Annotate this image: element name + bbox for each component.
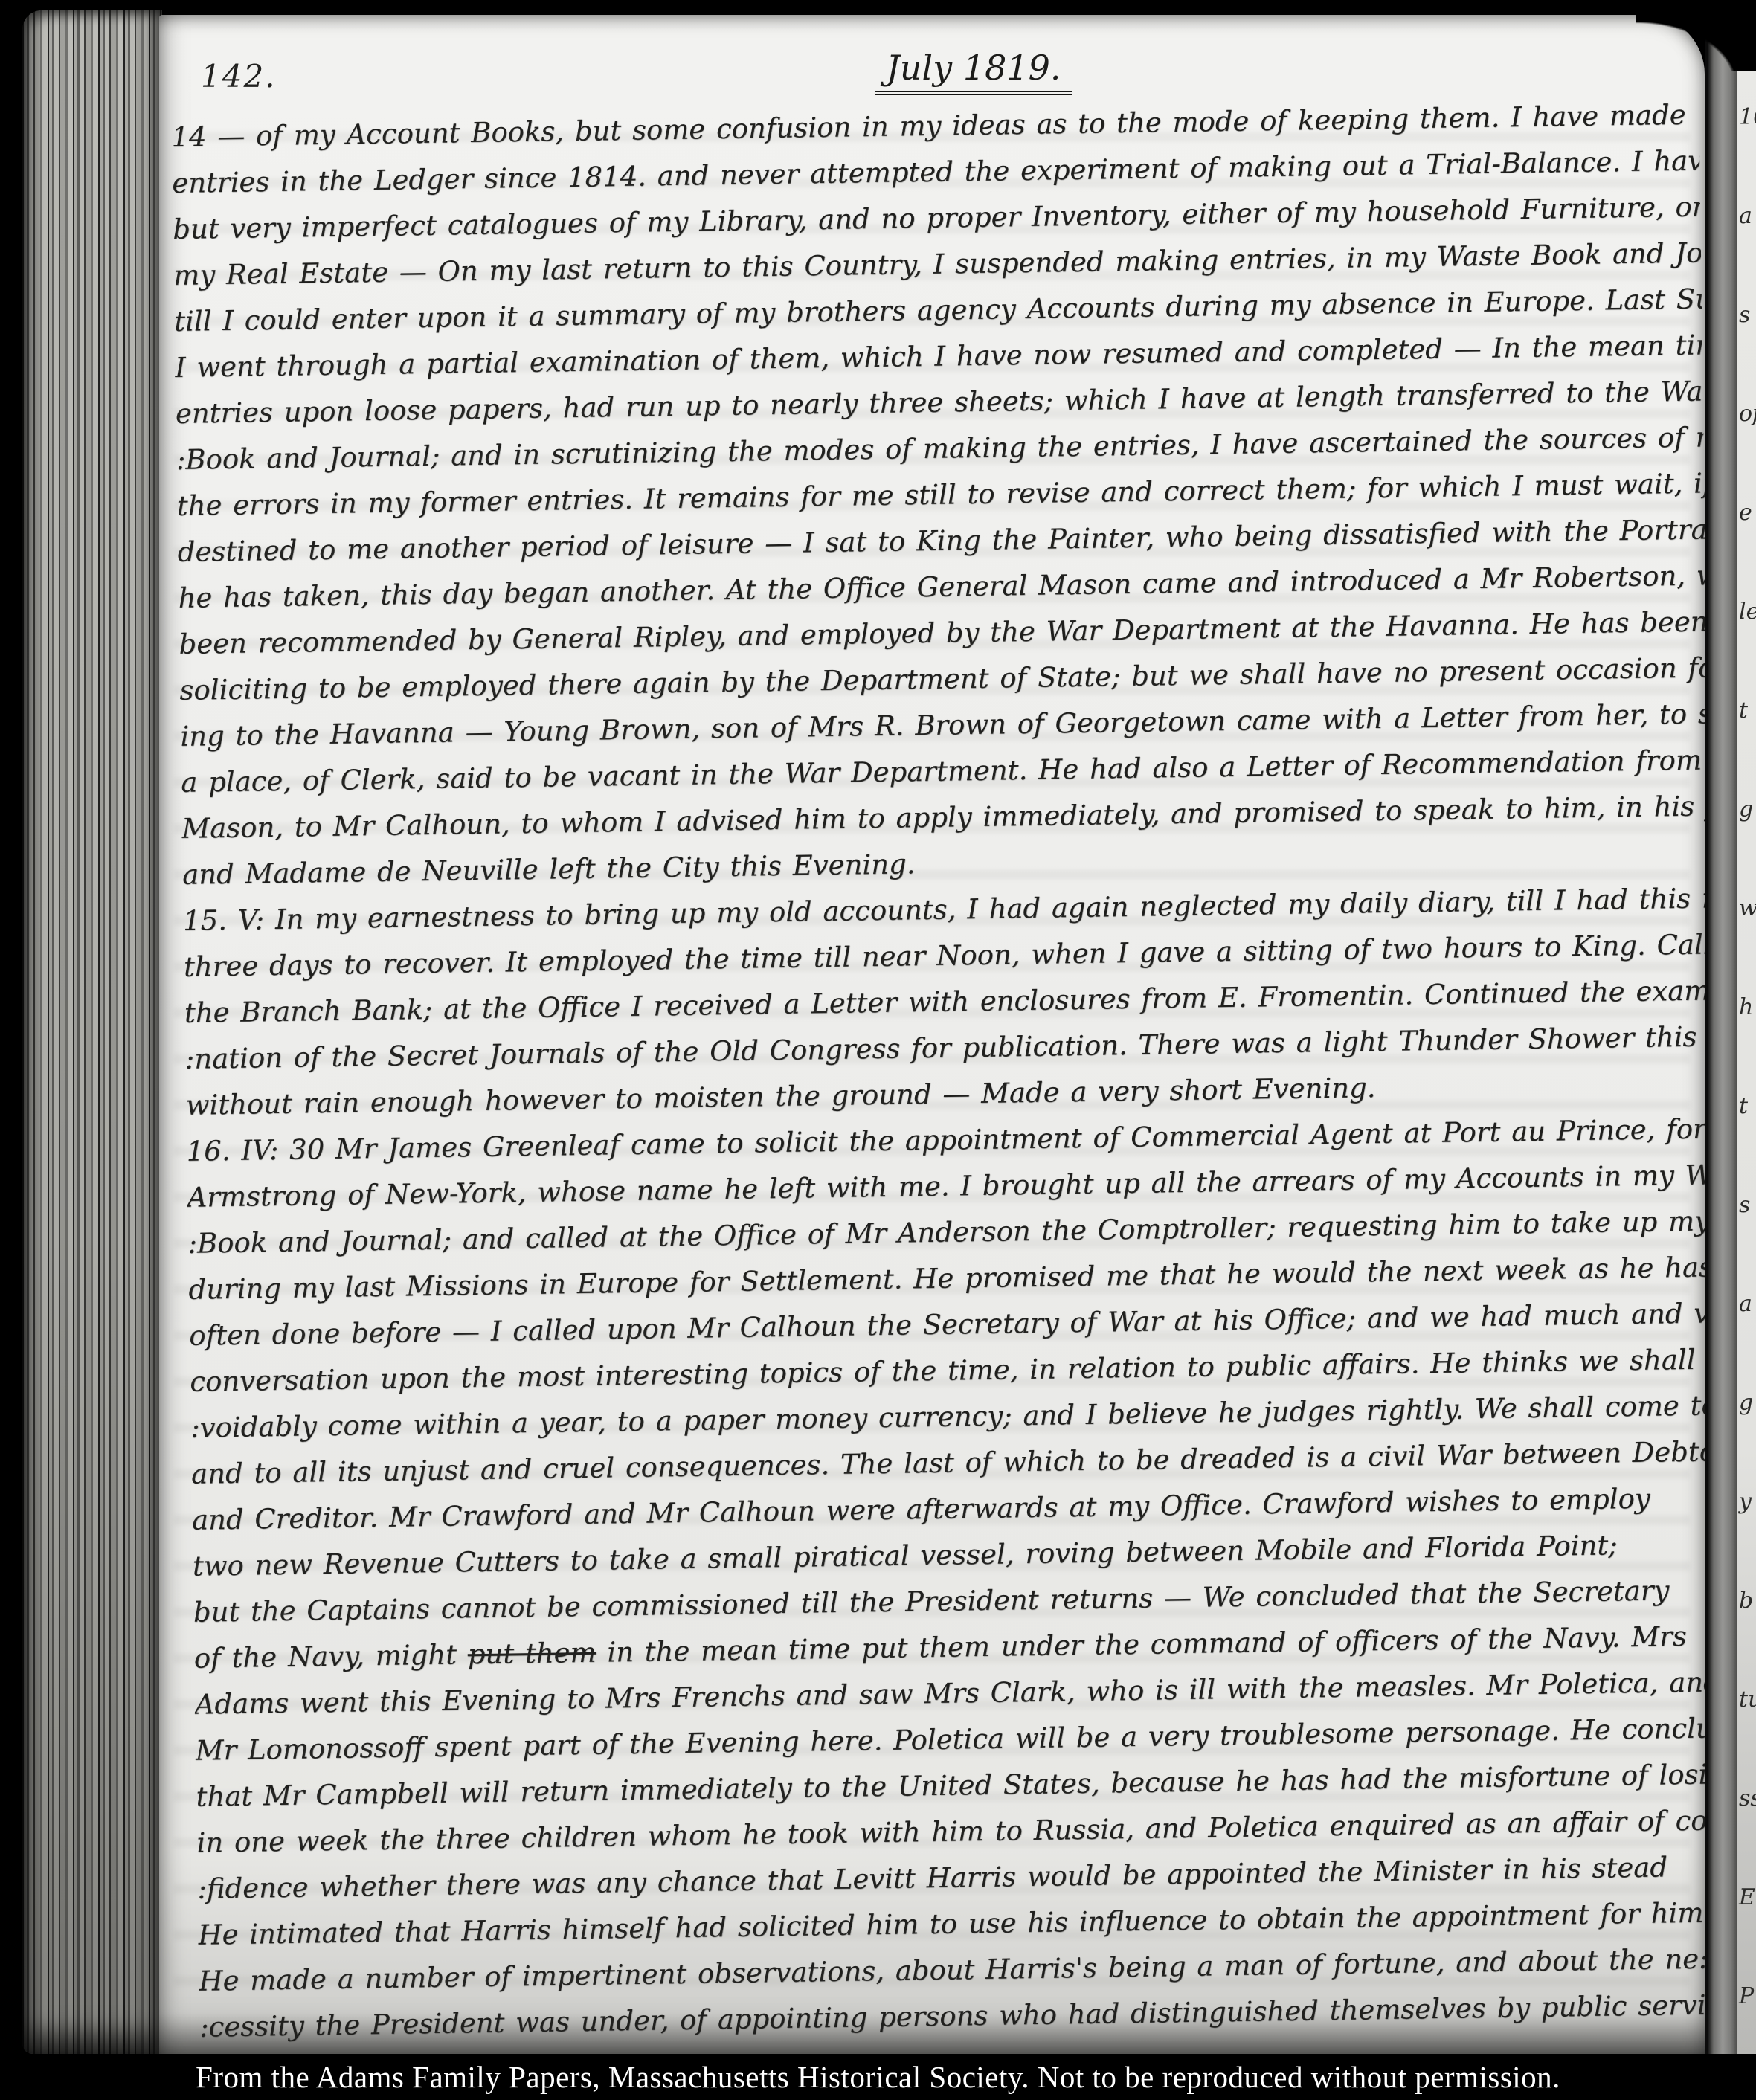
facing-page-text-fragment: a	[1739, 1291, 1752, 1317]
struck-text: put them	[467, 1637, 596, 1671]
facing-page-text-fragment: le	[1739, 599, 1756, 625]
manuscript-text-run: of the Navy, might	[193, 1638, 468, 1674]
facing-page-text-fragment: E	[1739, 1884, 1755, 1910]
book-page-edges	[22, 10, 162, 2054]
facing-page-text-fragment: g	[1739, 1390, 1753, 1416]
diary-page: 142. July 1819. 14 — of my Account Books…	[159, 15, 1705, 2054]
facing-page-text-fragment: g	[1739, 796, 1753, 822]
top-right-background	[1636, 0, 1756, 71]
facing-page-text-fragment: y	[1739, 1489, 1752, 1515]
manuscript-text: 14 — of my Account Books, but some confu…	[171, 92, 1727, 2051]
facing-page-text-fragment: 16	[1739, 104, 1756, 130]
facing-page-text-fragment: tu	[1739, 1687, 1756, 1713]
facing-page-text-fragment: t	[1739, 1093, 1748, 1119]
facing-page-text-fragment: s	[1739, 1192, 1750, 1218]
facing-page-text-fragment: w	[1739, 895, 1756, 921]
manuscript-text-run: in the mean time put them under the comm…	[596, 1620, 1687, 1669]
page-header: July 1819.	[201, 48, 1746, 88]
facing-page-text-fragment: e	[1739, 500, 1752, 526]
facing-page-text-fragment: t	[1739, 698, 1748, 724]
facing-page-text-fragment: s	[1739, 302, 1750, 328]
facing-page-text-fragment: P	[1739, 1983, 1754, 2009]
facing-page-text-fragment: b	[1739, 1588, 1753, 1614]
facing-page-text-fragment: of	[1739, 401, 1756, 427]
page-gutter-shadow	[1705, 0, 1737, 2054]
facing-page-text-fragment: a	[1739, 203, 1752, 229]
facing-page-text-fragment: ss	[1739, 1785, 1756, 1811]
credit-text: From the Adams Family Papers, Massachuse…	[196, 2059, 1560, 2095]
facing-page-text-fragment: h	[1739, 994, 1753, 1020]
manuscript-scan: 142. July 1819. 14 — of my Account Books…	[0, 0, 1756, 2100]
month-year-heading: July 1819.	[875, 48, 1071, 95]
credit-bar: From the Adams Family Papers, Massachuse…	[0, 2054, 1756, 2100]
manuscript-text-run: and Madame de Neuville left the City thi…	[182, 848, 916, 891]
facing-page-edge: 16asofeletgwhtsagybtussEP	[1737, 37, 1756, 2054]
